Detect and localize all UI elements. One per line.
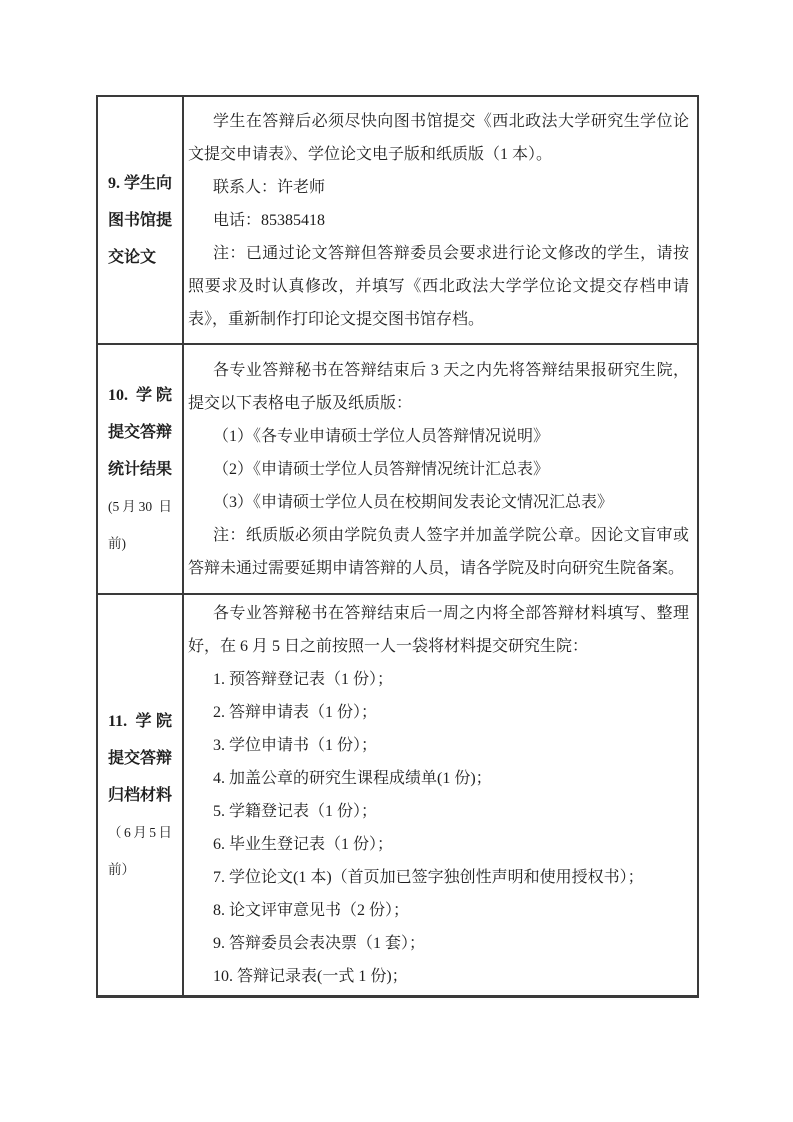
row-11-label-title: 11. 学院提交答辩归档材料 <box>108 713 172 804</box>
row-9-content-cell: 学生在答辩后必须尽快向图书馆提交《西北政法大学研究生学位论文提交申请表》、学位论… <box>183 96 698 344</box>
list-item: 1. 预答辩登记表（1 份）； <box>188 663 689 696</box>
row-11-label-cell: 11. 学院提交答辩归档材料（6月5日前） <box>97 594 183 997</box>
row-10-label: 10. 学院提交答辩统计结果(5月30 日前) <box>108 377 172 562</box>
row-9-label-title: 9. 学生向图书馆提交论文 <box>108 175 172 266</box>
list-item: 3. 学位申请书（1 份）； <box>188 729 689 762</box>
note-paragraph: 注：已通过论文答辩但答辩委员会要求进行论文修改的学生，请按照要求及时认真修改，并… <box>188 237 689 336</box>
contact-person-line: 联系人：许老师 <box>188 171 689 204</box>
list-item: （1）《各专业申请硕士学位人员答辩情况说明》 <box>188 420 689 453</box>
row-11-content-cell: 各专业答辩秘书在答辩结束后一周之内将全部答辩材料填写、整理好，在 6 月 5 日… <box>183 594 698 997</box>
list-item: 5. 学籍登记表（1 份）； <box>188 795 689 828</box>
list-item: 6. 毕业生登记表（1 份）； <box>188 828 689 861</box>
table-row-item-11: 11. 学院提交答辩归档材料（6月5日前） 各专业答辩秘书在答辩结束后一周之内将… <box>97 594 698 997</box>
row-11-label-date: （6月5日前） <box>108 825 172 877</box>
procedure-table: 9. 学生向图书馆提交论文 学生在答辩后必须尽快向图书馆提交《西北政法大学研究生… <box>96 95 699 998</box>
row-10-label-title: 10. 学院提交答辩统计结果 <box>108 387 172 478</box>
table-row-item-9: 9. 学生向图书馆提交论文 学生在答辩后必须尽快向图书馆提交《西北政法大学研究生… <box>97 96 698 344</box>
paragraph: 各专业答辩秘书在答辩结束后 3 天之内先将答辩结果报研究生院，提交以下表格电子版… <box>188 354 689 420</box>
row-10-content-cell: 各专业答辩秘书在答辩结束后 3 天之内先将答辩结果报研究生院，提交以下表格电子版… <box>183 344 698 594</box>
list-item: （3）《申请硕士学位人员在校期间发表论文情况汇总表》 <box>188 486 689 519</box>
list-item: 7. 学位论文(1 本)（首页加已签字独创性声明和使用授权书）； <box>188 861 689 894</box>
list-item: 2. 答辩申请表（1 份）； <box>188 696 689 729</box>
paragraph: 学生在答辩后必须尽快向图书馆提交《西北政法大学研究生学位论文提交申请表》、学位论… <box>188 105 689 171</box>
phone-line: 电话：85385418 <box>188 204 689 237</box>
table-row-item-10: 10. 学院提交答辩统计结果(5月30 日前) 各专业答辩秘书在答辩结束后 3 … <box>97 344 698 594</box>
list-item: 8. 论文评审意见书（2 份）； <box>188 894 689 927</box>
note-paragraph: 注：纸质版必须由学院负责人签字并加盖学院公章。因论文盲审或答辩未通过需要延期申请… <box>188 519 689 585</box>
list-item: 4. 加盖公章的研究生课程成绩单(1 份)； <box>188 762 689 795</box>
list-item: 9. 答辩委员会表决票（1 套）； <box>188 927 689 960</box>
document-page: 9. 学生向图书馆提交论文 学生在答辩后必须尽快向图书馆提交《西北政法大学研究生… <box>0 0 793 1122</box>
row-10-label-date: (5月30 日前) <box>108 499 172 551</box>
row-9-label-cell: 9. 学生向图书馆提交论文 <box>97 96 183 344</box>
list-item: （2）《申请硕士学位人员答辩情况统计汇总表》 <box>188 453 689 486</box>
row-9-label: 9. 学生向图书馆提交论文 <box>108 165 172 276</box>
list-item: 10. 答辩记录表(一式 1 份)； <box>188 960 689 993</box>
paragraph: 各专业答辩秘书在答辩结束后一周之内将全部答辩材料填写、整理好，在 6 月 5 日… <box>188 597 689 663</box>
row-10-label-cell: 10. 学院提交答辩统计结果(5月30 日前) <box>97 344 183 594</box>
row-11-label: 11. 学院提交答辩归档材料（6月5日前） <box>108 703 172 888</box>
